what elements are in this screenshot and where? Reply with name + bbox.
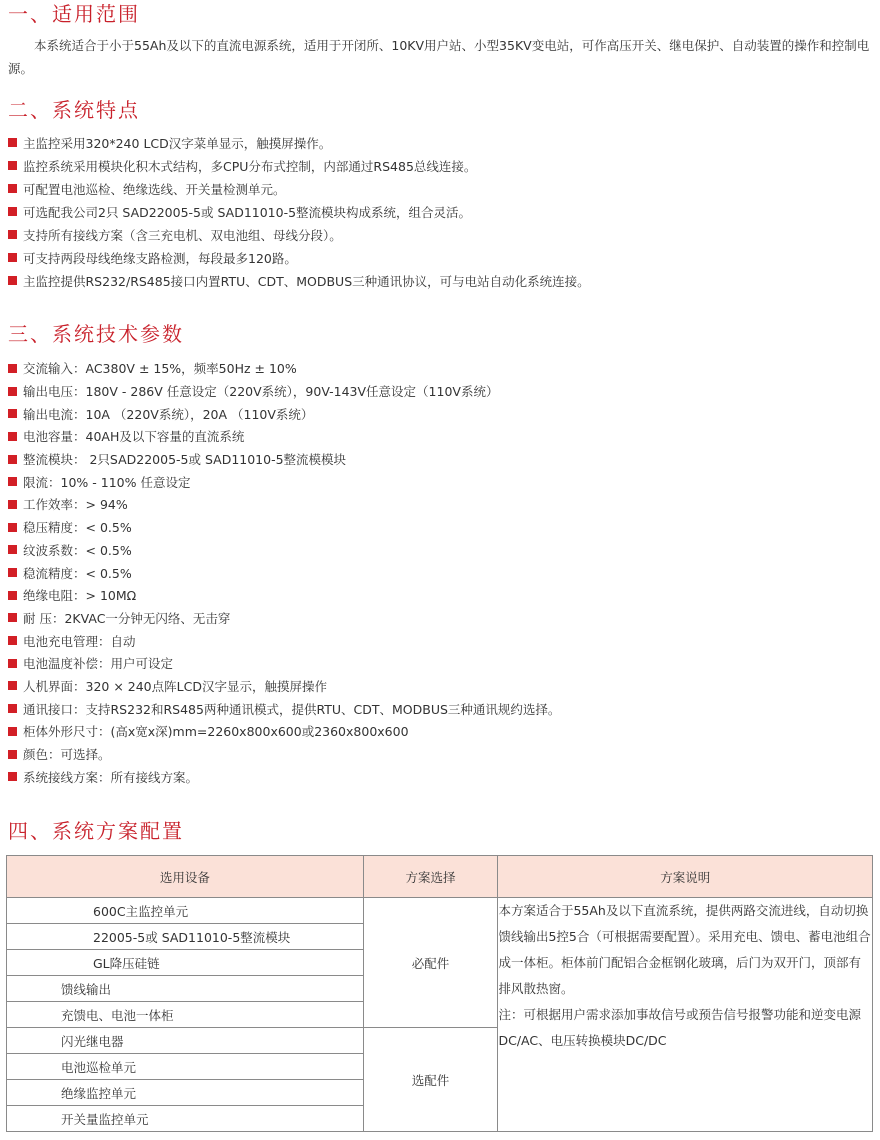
square-bullet-icon xyxy=(8,477,17,486)
list-item: 电池充电管理：自动 xyxy=(8,629,560,652)
list-item: 可支持两段母线绝缘支路检测，每段最多120路。 xyxy=(8,246,590,269)
equipment-cell: 充馈电、电池一体柜 xyxy=(7,1002,364,1028)
configuration-table: 选用设备 方案选择 方案说明 600C主监控单元 必配件 本方案适合于55Ah及… xyxy=(6,855,873,1132)
equipment-cell: 馈线输出 xyxy=(7,976,364,1002)
square-bullet-icon xyxy=(8,727,17,736)
list-item: 纹波系数：< 0.5% xyxy=(8,539,560,562)
description-cell: 本方案适合于55Ah及以下直流系统，提供两路交流进线，自动切换馈线输出5控5合（… xyxy=(498,898,873,1132)
parameters-list: 交流输入：AC380V ± 15%，频率50Hz ± 10% 输出电压：180V… xyxy=(8,357,560,788)
list-item: 稳压精度：< 0.5% xyxy=(8,516,560,539)
list-item: 限流：10% - 110% 任意设定 xyxy=(8,470,560,493)
table-header-row: 选用设备 方案选择 方案说明 xyxy=(7,856,873,898)
equipment-cell: 600C主监控单元 xyxy=(7,898,364,924)
section-title-scope: 一、适用范围 xyxy=(8,2,140,26)
square-bullet-icon xyxy=(8,230,17,239)
section-title-features: 二、系统特点 xyxy=(8,98,140,122)
square-bullet-icon xyxy=(8,161,17,170)
square-bullet-icon xyxy=(8,636,17,645)
scope-text: 本系统适合于小于55Ah及以下的直流电源系统，适用于开闭所、10KV用户站、小型… xyxy=(8,38,869,76)
list-item: 电池容量：40AH及以下容量的直流系统 xyxy=(8,425,560,448)
description-note: 注：可根据用户需求添加事故信号或预告信号报警功能和逆变电源DC/AC、电压转换模… xyxy=(498,1002,872,1054)
list-item: 支持所有接线方案（含三充电机、双电池组、母线分段）。 xyxy=(8,223,590,246)
square-bullet-icon xyxy=(8,704,17,713)
section-title-parameters: 三、系统技术参数 xyxy=(8,322,184,346)
list-item: 颜色：可选择。 xyxy=(8,743,560,766)
header-scheme-choice: 方案选择 xyxy=(363,856,498,898)
list-item: 交流输入：AC380V ± 15%，频率50Hz ± 10% xyxy=(8,357,560,380)
list-item: 电池温度补偿：用户可设定 xyxy=(8,652,560,675)
optional-group-cell: 选配件 xyxy=(363,1028,498,1132)
equipment-cell: 闪光继电器 xyxy=(7,1028,364,1054)
header-scheme-description: 方案说明 xyxy=(498,856,873,898)
list-item: 输出电压：180V - 286V 任意设定（220V系统），90V-143V任意… xyxy=(8,380,560,403)
section-title-configuration: 四、系统方案配置 xyxy=(8,819,184,843)
list-item: 整流模块： 2只SAD22005-5或 SAD11010-5整流模模块 xyxy=(8,448,560,471)
square-bullet-icon xyxy=(8,409,17,418)
list-item: 通讯接口：支持RS232和RS485两种通讯模式，提供RTU、CDT、MODBU… xyxy=(8,697,560,720)
list-item: 系统接线方案：所有接线方案。 xyxy=(8,765,560,788)
square-bullet-icon xyxy=(8,500,17,509)
square-bullet-icon xyxy=(8,750,17,759)
required-group-cell: 必配件 xyxy=(363,898,498,1028)
scope-paragraph: 本系统适合于小于55Ah及以下的直流电源系统，适用于开闭所、10KV用户站、小型… xyxy=(8,34,874,80)
list-item: 可选配我公司2只 SAD22005-5或 SAD11010-5整流模块构成系统，… xyxy=(8,200,590,223)
square-bullet-icon xyxy=(8,545,17,554)
list-item: 输出电流：10A （220V系统），20A （110V系统） xyxy=(8,402,560,425)
equipment-cell: GL降压硅链 xyxy=(7,950,364,976)
list-item: 监控系统采用模块化积木式结构，多CPU分布式控制，内部通过RS485总线连接。 xyxy=(8,154,590,177)
list-item: 主监控采用320*240 LCD汉字菜单显示，触摸屏操作。 xyxy=(8,131,590,154)
square-bullet-icon xyxy=(8,387,17,396)
list-item: 主监控提供RS232/RS485接口内置RTU、CDT、MODBUS三种通讯协议… xyxy=(8,269,590,292)
square-bullet-icon xyxy=(8,659,17,668)
features-list: 主监控采用320*240 LCD汉字菜单显示，触摸屏操作。 监控系统采用模块化积… xyxy=(8,131,590,292)
square-bullet-icon xyxy=(8,138,17,147)
square-bullet-icon xyxy=(8,772,17,781)
equipment-cell: 22005-5或 SAD11010-5整流模块 xyxy=(7,924,364,950)
list-item: 工作效率：> 94% xyxy=(8,493,560,516)
list-item: 人机界面：320 × 240点阵LCD汉字显示，触摸屏操作 xyxy=(8,675,560,698)
equipment-cell: 电池巡检单元 xyxy=(7,1054,364,1080)
list-item: 稳流精度：< 0.5% xyxy=(8,561,560,584)
square-bullet-icon xyxy=(8,432,17,441)
list-item: 绝缘电阻：> 10MΩ xyxy=(8,584,560,607)
square-bullet-icon xyxy=(8,455,17,464)
square-bullet-icon xyxy=(8,184,17,193)
list-item: 柜体外形尺寸：(高x宽x深)mm=2260x800x600或2360x800x6… xyxy=(8,720,560,743)
square-bullet-icon xyxy=(8,681,17,690)
square-bullet-icon xyxy=(8,523,17,532)
square-bullet-icon xyxy=(8,613,17,622)
table-row: 600C主监控单元 必配件 本方案适合于55Ah及以下直流系统，提供两路交流进线… xyxy=(7,898,873,924)
header-equipment: 选用设备 xyxy=(7,856,364,898)
square-bullet-icon xyxy=(8,568,17,577)
list-item: 耐 压：2KVAC一分钟无闪络、无击穿 xyxy=(8,607,560,630)
equipment-cell: 绝缘监控单元 xyxy=(7,1080,364,1106)
square-bullet-icon xyxy=(8,207,17,216)
square-bullet-icon xyxy=(8,591,17,600)
square-bullet-icon xyxy=(8,276,17,285)
list-item: 可配置电池巡检、绝缘选线、开关量检测单元。 xyxy=(8,177,590,200)
description-text: 本方案适合于55Ah及以下直流系统，提供两路交流进线，自动切换馈线输出5控5合（… xyxy=(498,898,872,1002)
square-bullet-icon xyxy=(8,364,17,373)
equipment-cell: 开关量监控单元 xyxy=(7,1106,364,1132)
square-bullet-icon xyxy=(8,253,17,262)
